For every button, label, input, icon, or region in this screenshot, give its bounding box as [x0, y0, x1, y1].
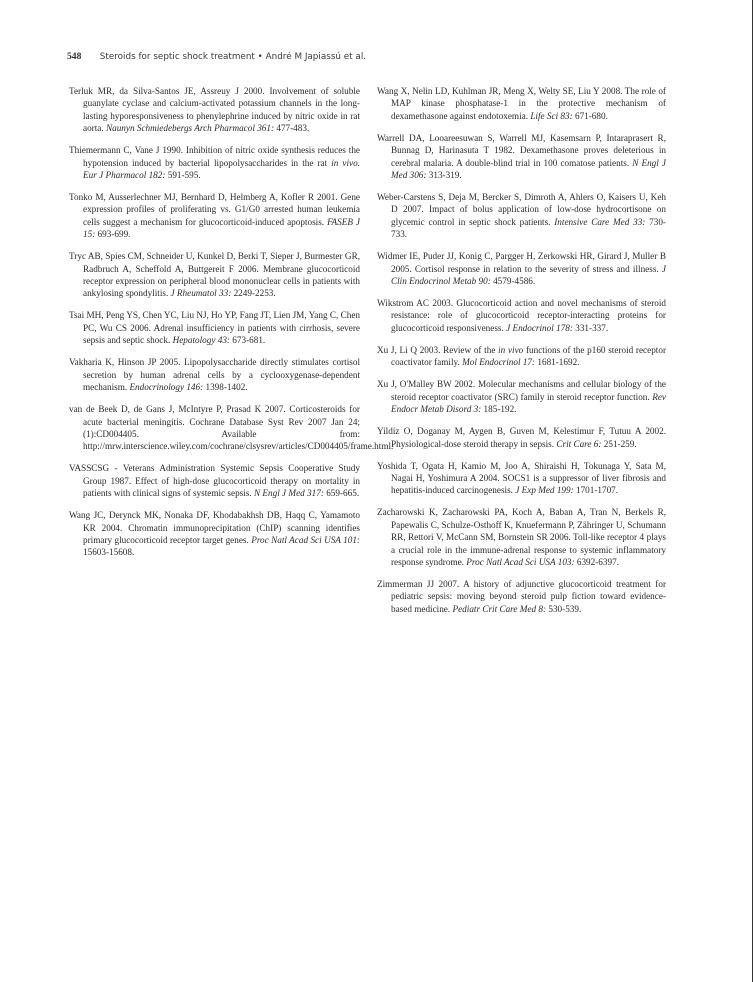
reference-entry: Warrell DA, Looareesuwan S, Warrell MJ, …: [377, 132, 666, 182]
reference-journal: Naunyn Schmiedebergs Arch Pharmacol 361:: [106, 123, 274, 133]
reference-journal: in vivo: [498, 345, 523, 355]
reference-pages: 673-681.: [230, 335, 265, 345]
reference-pages: 591-595.: [165, 170, 200, 180]
reference-text: van de Beek D, de Gans J, McIntyre P, Pr…: [69, 404, 393, 451]
reference-journal: Hepatology 43:: [173, 335, 230, 345]
reference-entry: Wikstrom AC 2003. Glucocorticoid action …: [377, 297, 666, 334]
reference-text: Tonko M, Ausserlechner MJ, Bernhard D, H…: [69, 192, 360, 227]
reference-pages: 477-483.: [274, 123, 309, 133]
reference-entry: Tsai MH, Peng YS, Chen YC, Liu NJ, Ho YP…: [69, 309, 360, 346]
reference-entry: Tonko M, Ausserlechner MJ, Bernhard D, H…: [69, 191, 360, 241]
reference-pages: 693-699.: [95, 229, 130, 239]
reference-pages: 251-259.: [601, 439, 636, 449]
reference-entry: Yildiz O, Doganay M, Aygen B, Guven M, K…: [377, 425, 666, 450]
reference-pages: 6392-6397.: [575, 557, 619, 567]
reference-pages: 1681-1692.: [535, 357, 579, 367]
reference-entry: van de Beek D, de Gans J, McIntyre P, Pr…: [69, 403, 360, 453]
reference-journal: Endocrinology 146:: [129, 382, 203, 392]
reference-journal: Proc Natl Acad Sci USA 103:: [466, 557, 574, 567]
reference-entry: Thiemermann C, Vane J 1990. Inhibition o…: [69, 144, 360, 181]
reference-entry: Zimmerman JJ 2007. A history of adjuncti…: [377, 578, 666, 615]
reference-journal: J Rheumatol 33:: [171, 288, 232, 298]
reference-journal: Intensive Care Med 33:: [554, 217, 645, 227]
reference-pages: 1701-1707.: [574, 485, 618, 495]
reference-text: Xu J, Li Q 2003. Review of the: [377, 345, 498, 355]
reference-text: Thiemermann C, Vane J 1990. Inhibition o…: [69, 145, 360, 167]
reference-entry: Wang X, Nelin LD, Kuhlman JR, Meng X, We…: [377, 85, 666, 122]
reference-entry: Terluk MR, da Silva-Santos JE, Assreuy J…: [69, 85, 360, 135]
reference-journal: Crit Care 6:: [556, 439, 601, 449]
reference-entry: Widmer IE, Puder JJ, Konig C, Pargger H,…: [377, 250, 666, 287]
reference-journal: Proc Natl Acad Sci USA 101:: [251, 535, 360, 545]
reference-entry: VASSCSG - Veterans Administration System…: [69, 462, 360, 499]
reference-pages: 2249-2253.: [231, 288, 275, 298]
references-left-column: Terluk MR, da Silva-Santos JE, Assreuy J…: [69, 85, 360, 568]
reference-entry: Tryc AB, Spies CM, Schneider U, Kunkel D…: [69, 250, 360, 300]
reference-journal: Mol Endocrinol 17:: [462, 357, 535, 367]
reference-entry: Xu J, Li Q 2003. Review of the in vivo f…: [377, 344, 666, 369]
reference-pages: 1398-1402.: [203, 382, 247, 392]
reference-journal: J Exp Med 199:: [515, 485, 573, 495]
reference-journal: J Endocrinol 178:: [506, 323, 573, 333]
page-number: 548: [67, 51, 81, 62]
reference-pages: 4579-4586.: [491, 276, 535, 286]
reference-pages: 659-665.: [324, 488, 359, 498]
reference-entry: Xu J, O'Malley BW 2002. Molecular mechan…: [377, 378, 666, 415]
reference-pages: 185-192.: [481, 404, 516, 414]
reference-pages: 313-319.: [426, 170, 461, 180]
reference-entry: Weber-Carstens S, Deja M, Bercker S, Dim…: [377, 191, 666, 241]
running-title: Steroids for septic shock treatment • An…: [100, 52, 366, 62]
running-header: 548 Steroids for septic shock treatment …: [67, 51, 366, 62]
reference-pages: 15603-15608.: [83, 547, 134, 557]
reference-journal: Life Sci 83:: [530, 111, 572, 121]
reference-pages: 671-680.: [573, 111, 608, 121]
reference-entry: Yoshida T, Ogata H, Kamio M, Joo A, Shir…: [377, 460, 666, 497]
reference-pages: 530-539.: [546, 604, 581, 614]
reference-text: Warrell DA, Looareesuwan S, Warrell MJ, …: [377, 133, 666, 168]
reference-entry: Vakharia K, Hinson JP 2005. Lipopolysacc…: [69, 356, 360, 393]
reference-text: Widmer IE, Puder JJ, Konig C, Pargger H,…: [377, 251, 666, 273]
reference-pages: 331-337.: [573, 323, 608, 333]
references-right-column: Wang X, Nelin LD, Kuhlman JR, Meng X, We…: [377, 85, 666, 625]
reference-entry: Zacharowski K, Zacharowski PA, Koch A, B…: [377, 506, 666, 568]
reference-entry: Wang JC, Derynck MK, Nonaka DF, Khodabak…: [69, 509, 360, 559]
reference-journal: Pediatr Crit Care Med 8:: [452, 604, 546, 614]
reference-text: Xu J, O'Malley BW 2002. Molecular mechan…: [377, 379, 666, 401]
reference-text: Wang X, Nelin LD, Kuhlman JR, Meng X, We…: [377, 86, 666, 121]
reference-journal: N Engl J Med 317:: [254, 488, 324, 498]
